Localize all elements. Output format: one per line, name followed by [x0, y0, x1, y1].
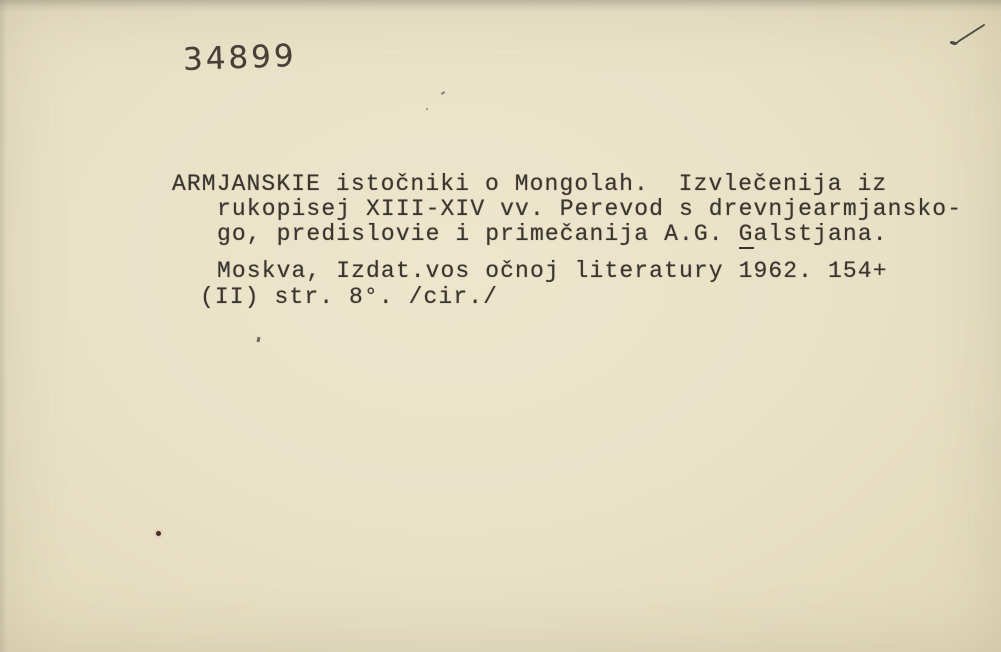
- title-line-3: go, predislovie i primečanija A.G. Galst…: [217, 221, 888, 247]
- imprint-line-2: (II) str. 8°. /cir./: [200, 284, 498, 310]
- paper-speck: [257, 337, 261, 343]
- title-line-2: rukopisej XIII-XIV vv. Perevod s drevnje…: [217, 196, 962, 222]
- paper-vignette: [0, 0, 1001, 652]
- catalog-number: 34899: [182, 38, 297, 78]
- title-line-3-post: alstjana.: [754, 221, 888, 247]
- title-line-3-underlined-letter: G: [739, 221, 754, 249]
- paper-speck: [441, 91, 445, 95]
- ink-dot: [156, 531, 161, 536]
- title-line-3-pre: go, predislovie i primečanija A.G.: [217, 221, 739, 247]
- card-left-edge-shadow: [0, 0, 7, 652]
- imprint-line-1: Moskva, Izdat.vos očnoj literatury 1962.…: [217, 258, 888, 284]
- checkmark-icon: [948, 22, 988, 50]
- paper-speck: [426, 108, 428, 110]
- title-line-1: ARMJANSKIE istočniki o Mongolah. Izvleče…: [172, 171, 887, 197]
- catalog-card: 34899 ARMJANSKIE istočniki o Mongolah. I…: [0, 0, 1001, 652]
- card-top-edge-shadow: [0, 0, 1001, 12]
